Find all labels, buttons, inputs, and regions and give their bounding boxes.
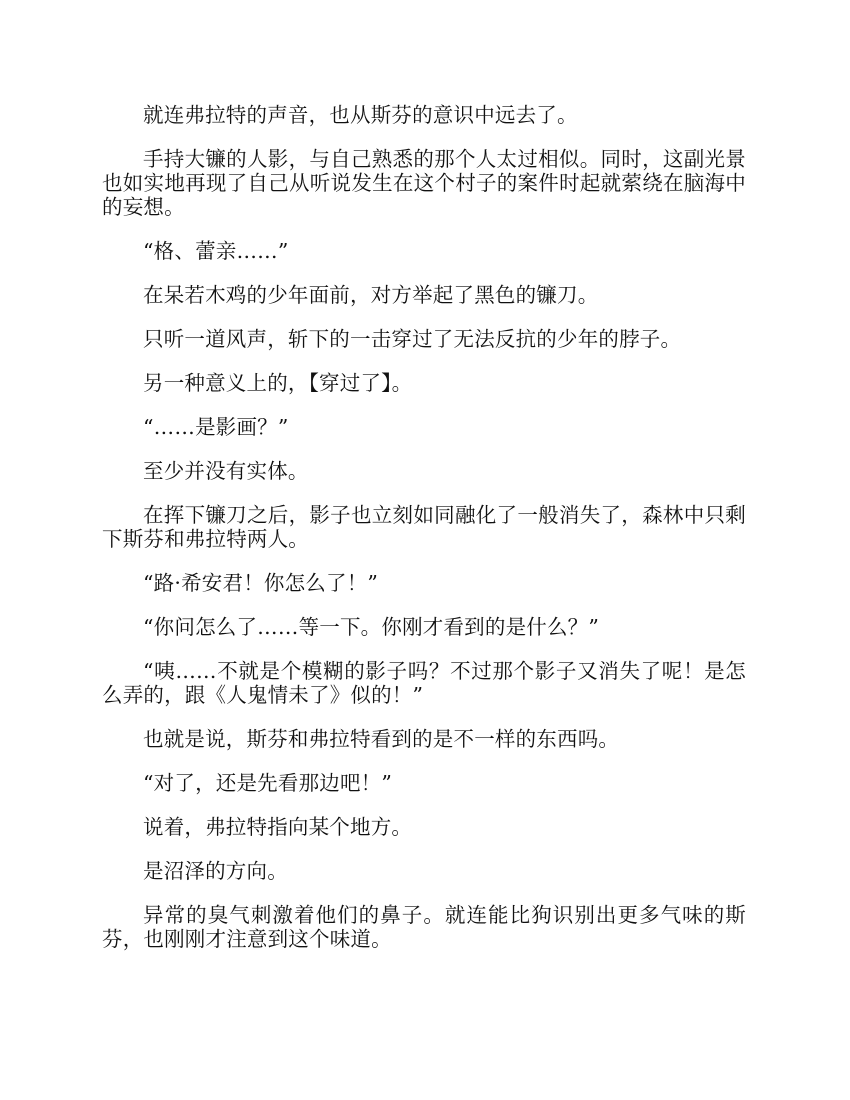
paragraph: 在挥下镰刀之后，影子也立刻如同融化了一般消失了，森林中只剩下斯芬和弗拉特两人。 — [102, 503, 746, 551]
paragraph: 手持大镰的人影，与自己熟悉的那个人太过相似。同时，这副光景也如实地再现了自己从听… — [102, 147, 746, 219]
paragraph: “路·希安君！你怎么了！” — [102, 571, 746, 595]
paragraph: “你问怎么了……等一下。你刚才看到的是什么？” — [102, 615, 746, 639]
paragraph: 异常的臭气刺激着他们的鼻子。就连能比狗识别出更多气味的斯芬，也刚刚才注意到这个味… — [102, 903, 746, 951]
paragraph: 至少并没有实体。 — [102, 459, 746, 483]
paragraph: 就连弗拉特的声音，也从斯芬的意识中远去了。 — [102, 103, 746, 127]
paragraph: “咦……不就是个模糊的影子吗？不过那个影子又消失了呢！是怎么弄的，跟《人鬼情未了… — [102, 659, 746, 707]
paragraph: 是沼泽的方向。 — [102, 859, 746, 883]
document-page: 就连弗拉特的声音，也从斯芬的意识中远去了。 手持大镰的人影，与自己熟悉的那个人太… — [102, 103, 746, 971]
paragraph: “对了，还是先看那边吧！” — [102, 771, 746, 795]
paragraph: 也就是说，斯芬和弗拉特看到的是不一样的东西吗。 — [102, 727, 746, 751]
paragraph: 在呆若木鸡的少年面前，对方举起了黑色的镰刀。 — [102, 283, 746, 307]
paragraph: 说着，弗拉特指向某个地方。 — [102, 815, 746, 839]
paragraph: 另一种意义上的，【穿过了】。 — [102, 371, 746, 395]
paragraph: “……是影画？” — [102, 415, 746, 439]
paragraph: “格、蕾亲……” — [102, 239, 746, 263]
paragraph: 只听一道风声，斩下的一击穿过了无法反抗的少年的脖子。 — [102, 327, 746, 351]
